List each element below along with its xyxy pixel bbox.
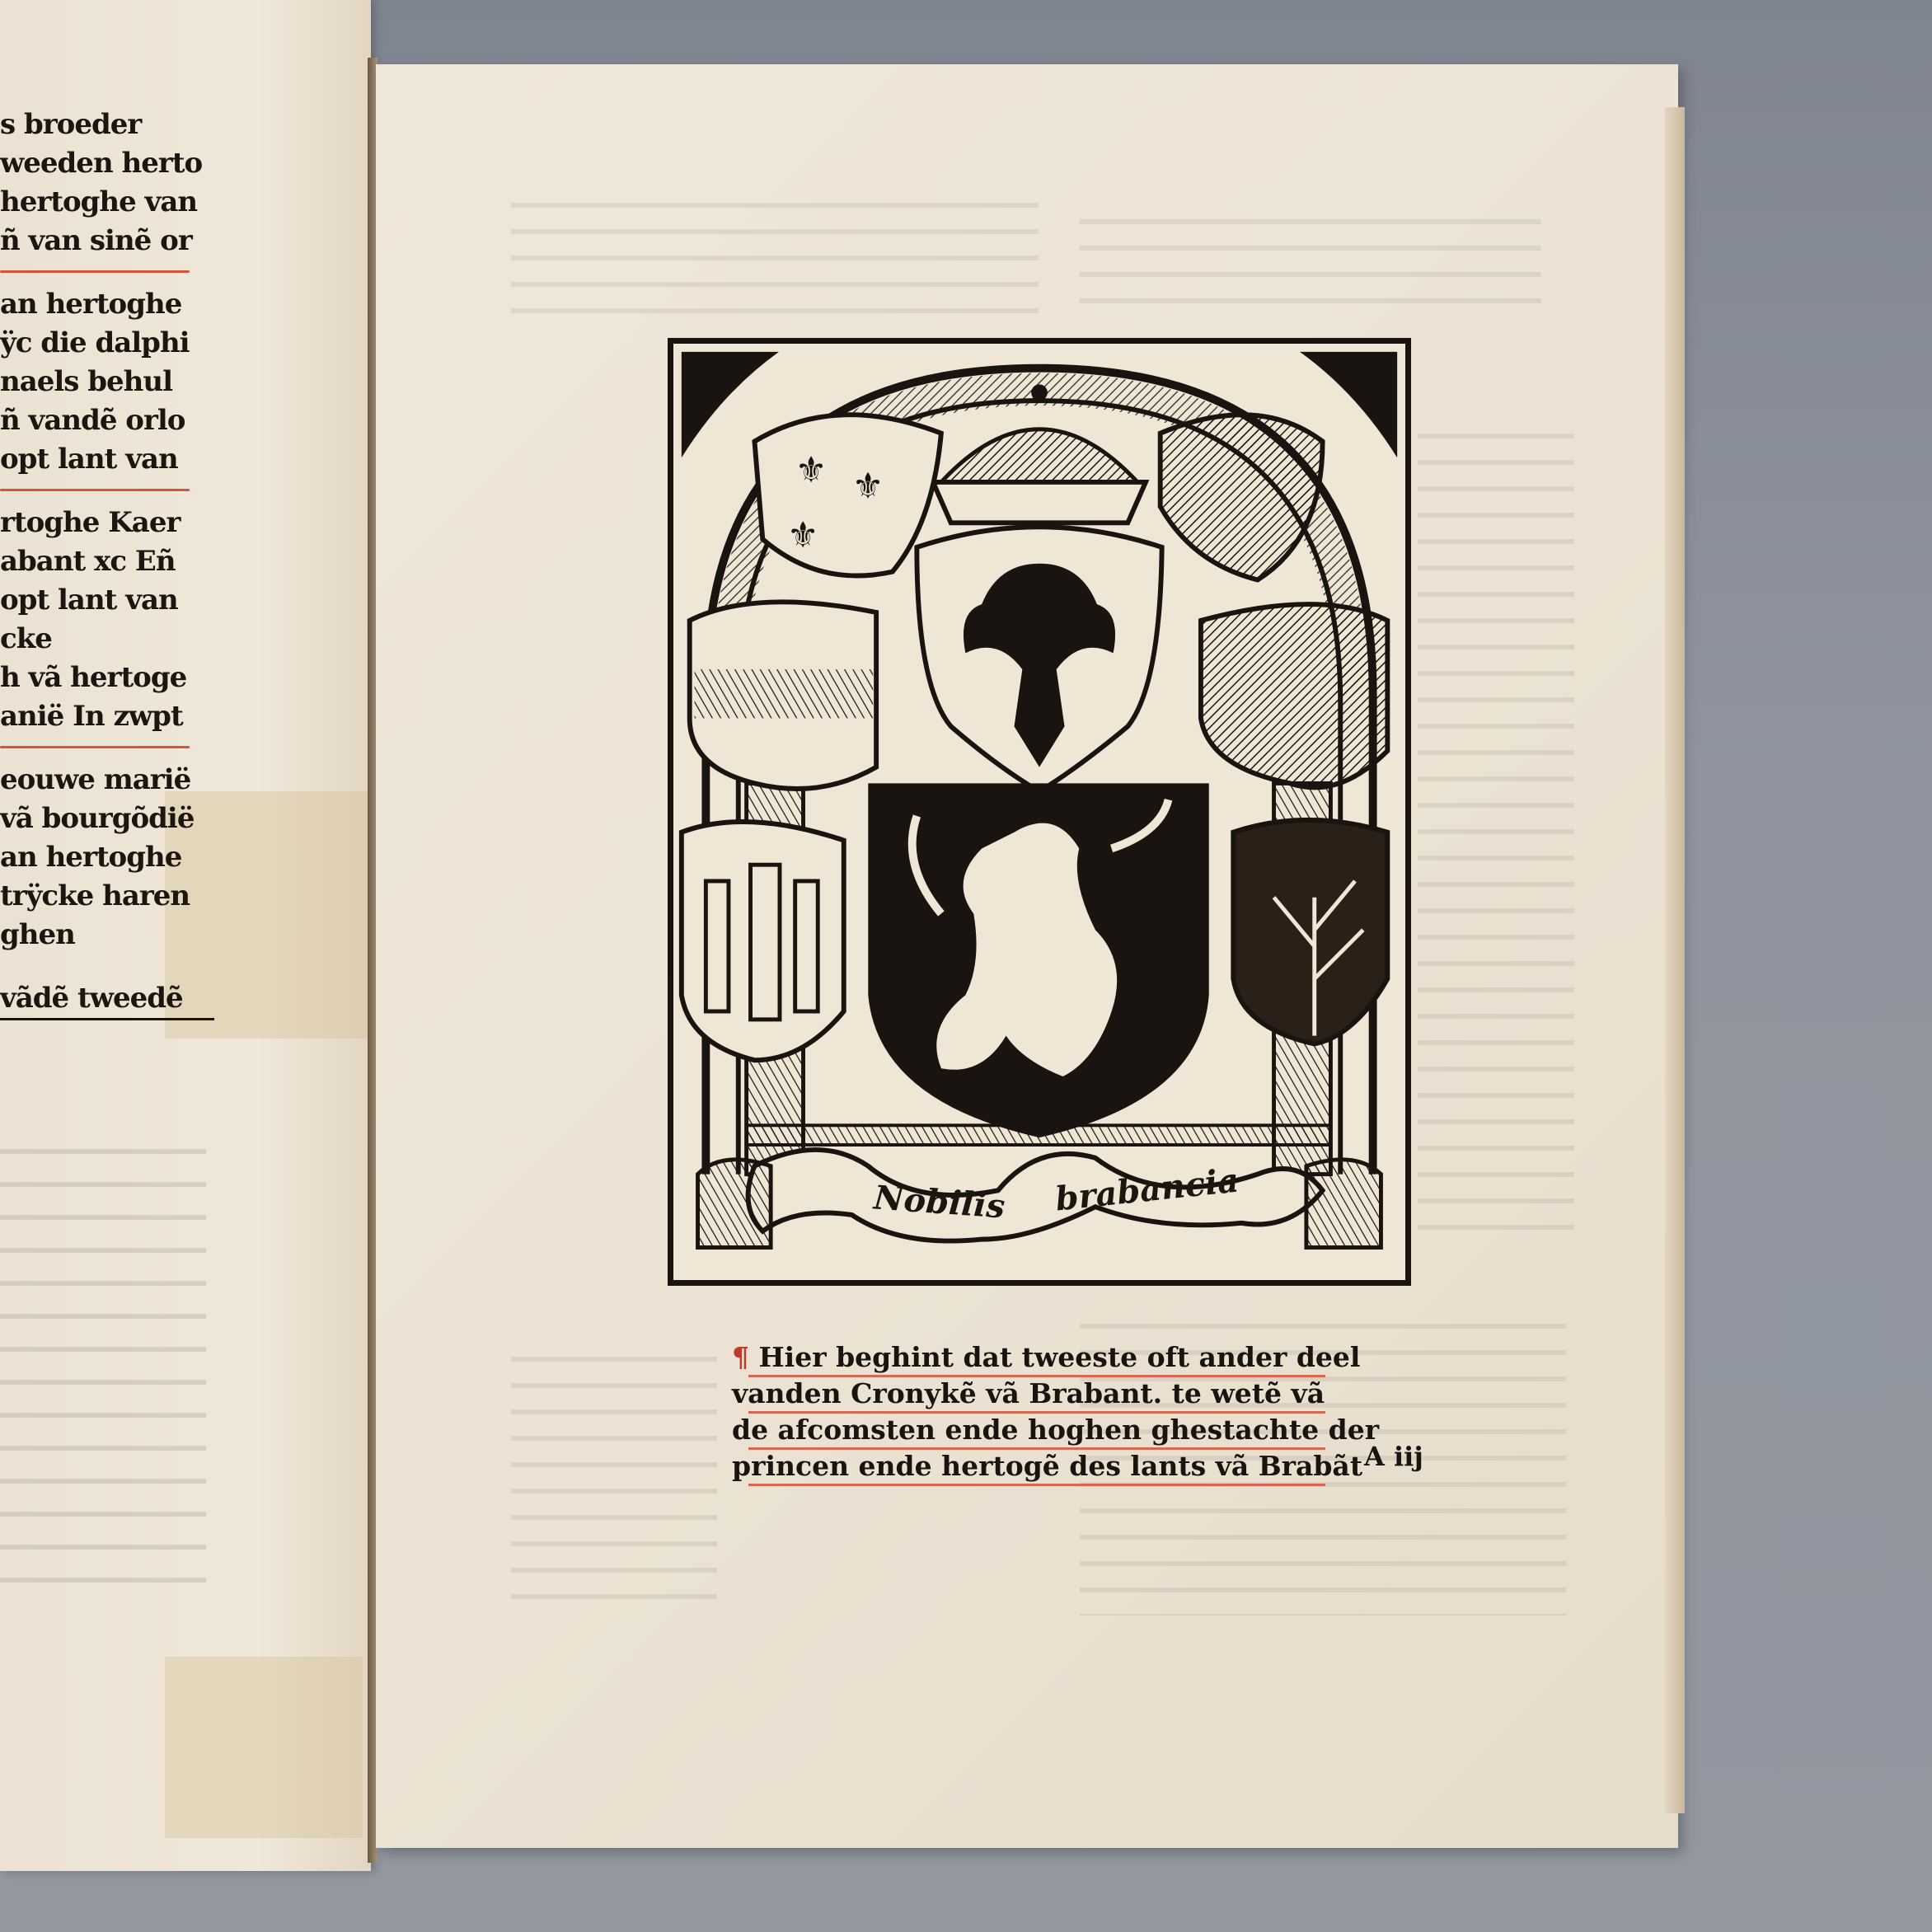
- show-through-text: [1418, 412, 1574, 1236]
- svg-text:⚜: ⚜: [852, 467, 884, 508]
- svg-text:⚜: ⚜: [795, 450, 828, 491]
- text-line: ÿc die dalphi: [0, 324, 214, 363]
- paragraph-mark: ¶: [732, 1341, 758, 1373]
- text-line: ñ van sinẽ or: [0, 222, 214, 260]
- text-line: ghen: [0, 916, 214, 954]
- left-page: s broeder weeden herto hertoghe van ñ va…: [0, 0, 371, 1871]
- show-through-text: [511, 1335, 717, 1615]
- rubric-flourish: [0, 479, 214, 504]
- page-edges: [1665, 107, 1685, 1813]
- text-line: cke: [0, 620, 214, 659]
- caption-line-text: Hier beghint dat tweeste oft ander deel: [758, 1341, 1360, 1373]
- text-line: abant xc Eñ: [0, 542, 214, 581]
- signature-mark: A iij: [1364, 1441, 1423, 1472]
- text-line: h vã hertoge: [0, 659, 214, 697]
- show-through-text: [511, 181, 1039, 313]
- caption-line: ¶ Hier beghint dat tweeste oft ander dee…: [732, 1339, 1325, 1376]
- text-line: ñ vandẽ orlo: [0, 401, 214, 440]
- rubric-flourish: [0, 260, 214, 285]
- left-page-text: s broeder weeden herto hertoghe van ñ va…: [0, 106, 214, 1020]
- text-line: naels behul: [0, 363, 214, 401]
- text-line: opt lant van: [0, 440, 214, 479]
- text-line: trÿcke haren: [0, 877, 214, 916]
- text-line: hertoghe van: [0, 183, 214, 222]
- text-line: opt lant van: [0, 581, 214, 620]
- spacer: [0, 954, 214, 979]
- text-line: rtoghe Kaer: [0, 504, 214, 542]
- caption-line: princen ende hertogẽ des lants vã Brabãt: [732, 1448, 1325, 1484]
- caption-text: ¶ Hier beghint dat tweeste oft ander dee…: [732, 1339, 1325, 1484]
- paper-repair-patch: [165, 1657, 363, 1838]
- text-line: eouwe marië: [0, 761, 214, 800]
- text-line: vãdẽ tweedẽ: [0, 979, 214, 1020]
- svg-text:⚜: ⚜: [787, 515, 819, 556]
- faded-show-through-text: [0, 1121, 206, 1583]
- text-line: weeden herto: [0, 144, 214, 183]
- woodcut-coat-of-arms: ⚜ ⚜ ⚜: [668, 338, 1411, 1286]
- text-line: vã bourgõdië: [0, 800, 214, 838]
- text-line: s broeder: [0, 106, 214, 144]
- text-line: anië In zwpt: [0, 697, 214, 736]
- caption-line: de afcomsten ende hoghen ghestachte der: [732, 1412, 1325, 1448]
- text-line: an hertoghe: [0, 838, 214, 877]
- woodcut-illustration: ⚜ ⚜ ⚜: [673, 344, 1405, 1280]
- rubric-flourish: [0, 736, 214, 761]
- show-through-text: [1080, 198, 1541, 305]
- caption-line: vanden Cronykẽ vã Brabant. te wetẽ vã: [732, 1376, 1325, 1412]
- text-line: an hertoghe: [0, 285, 214, 324]
